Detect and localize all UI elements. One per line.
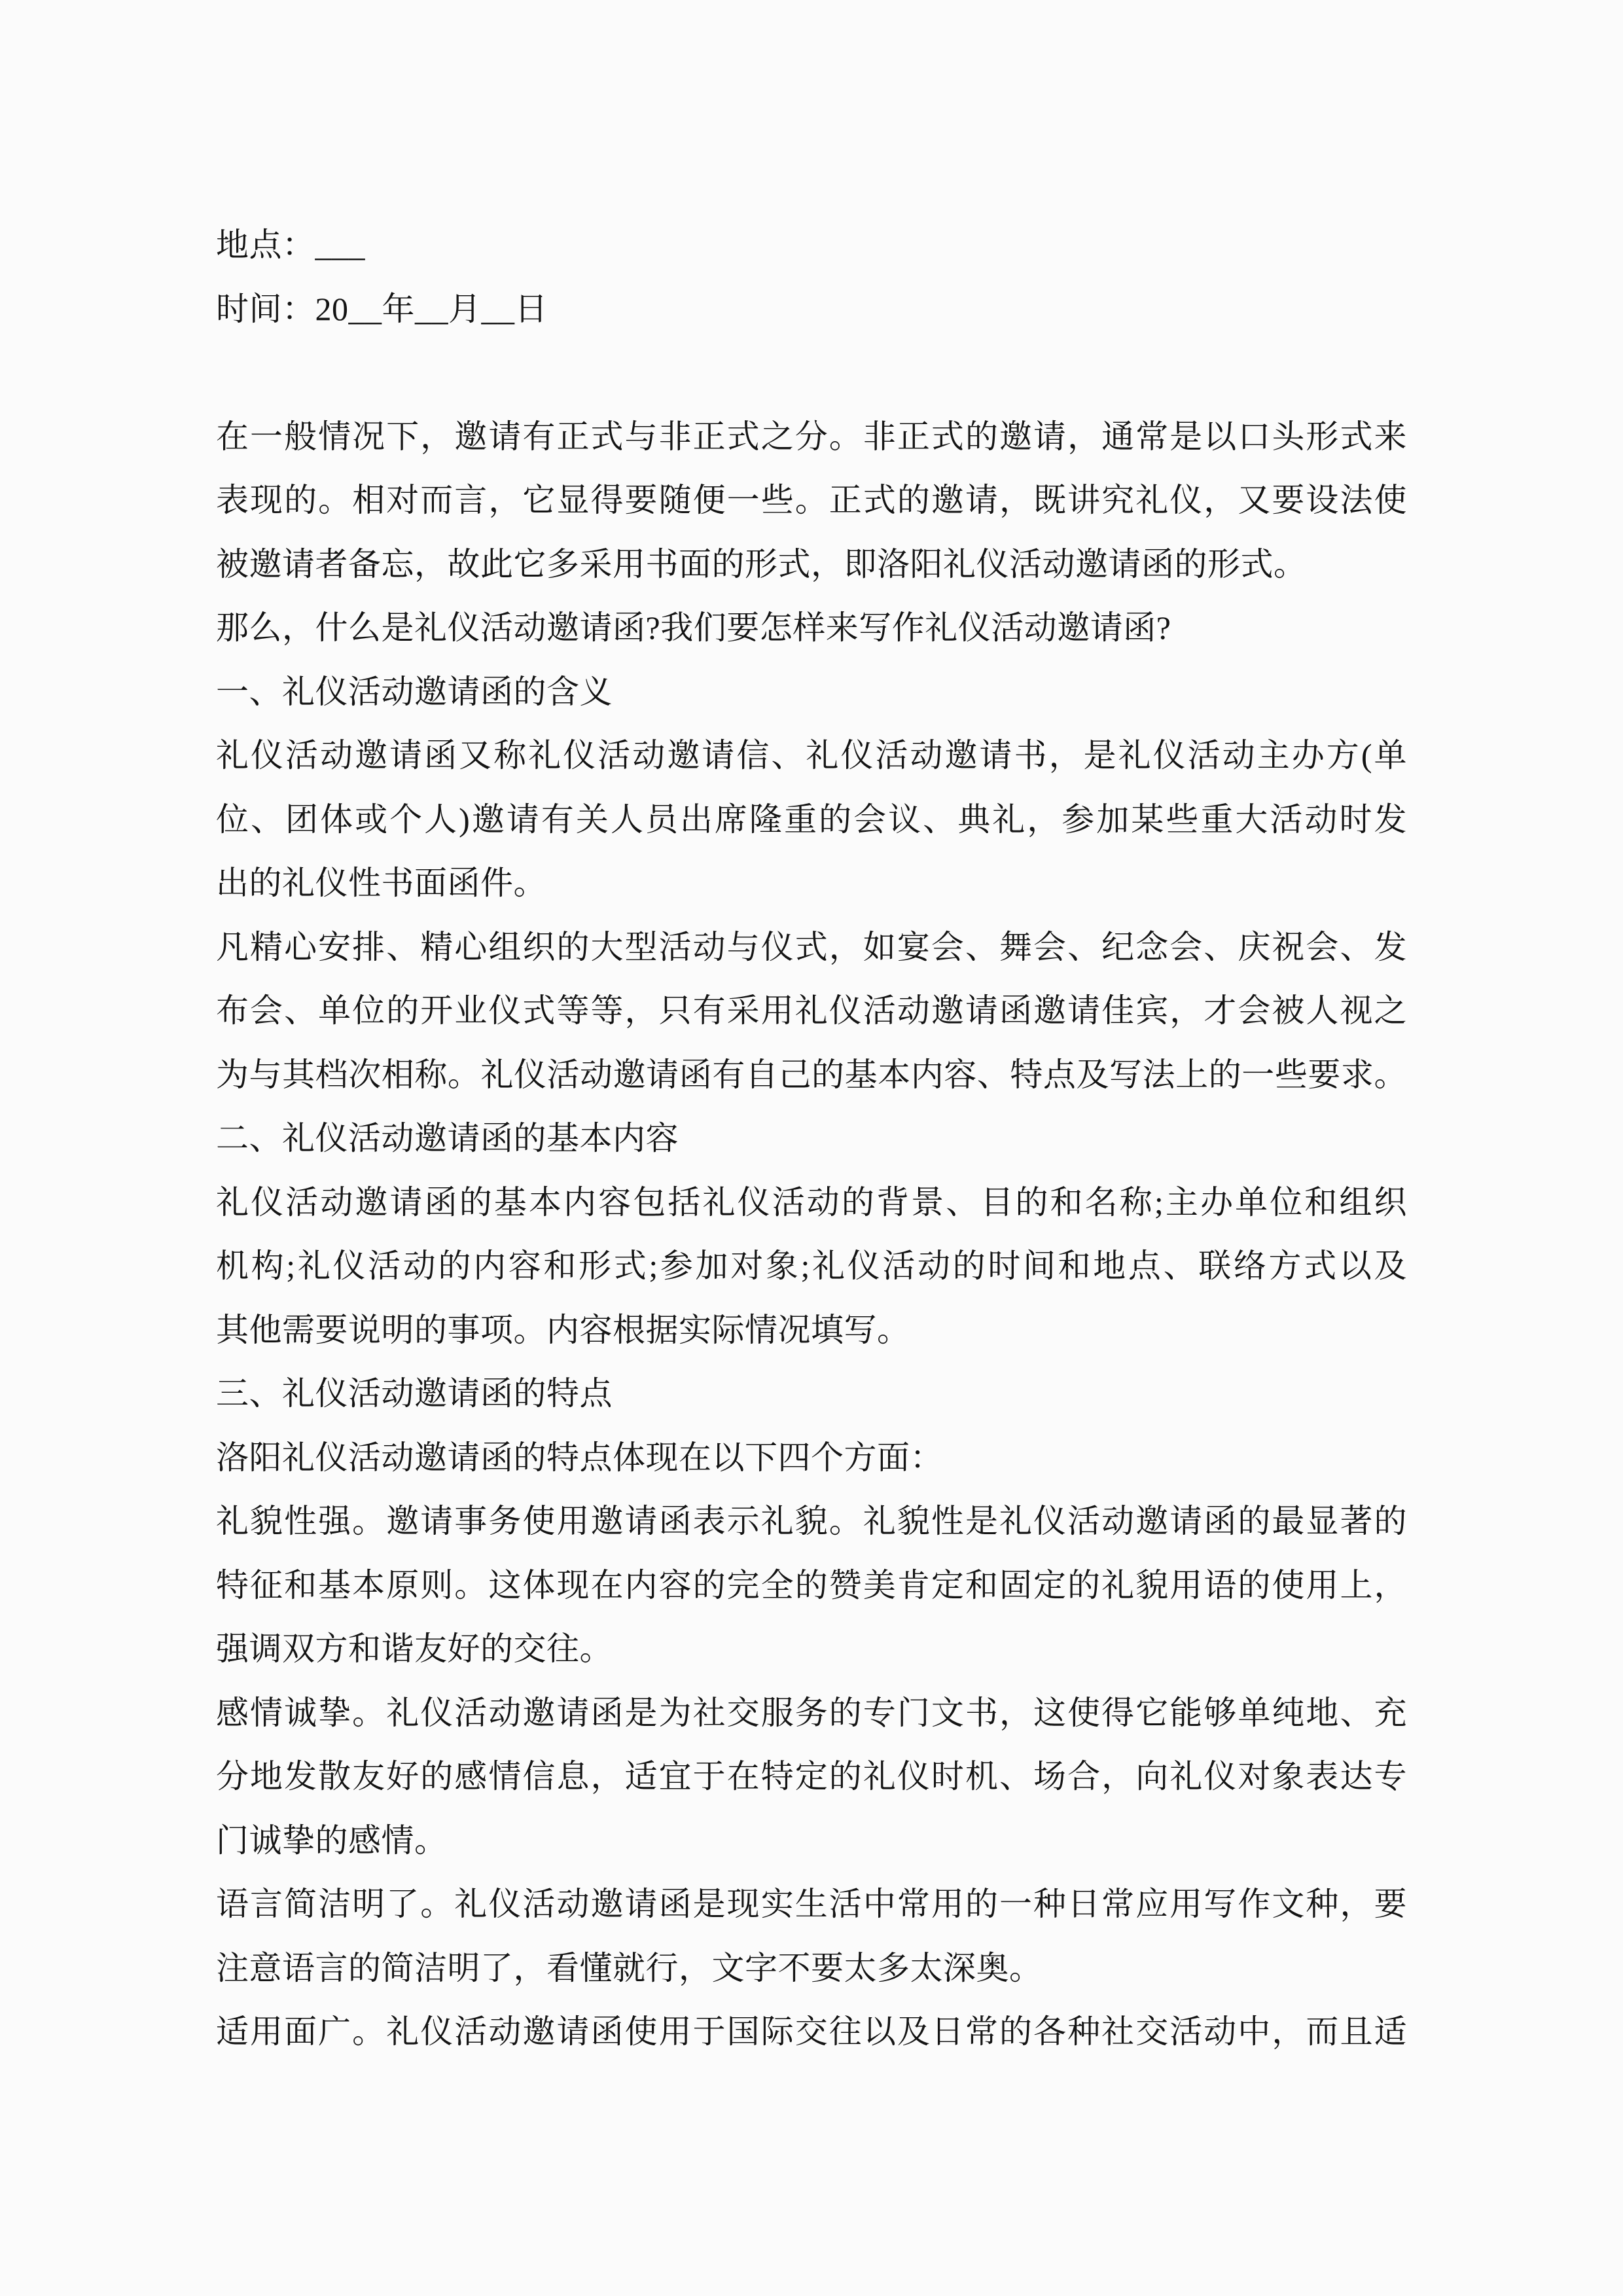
text-line: 被邀请者备忘，故此它多采用书面的形式，即洛阳礼仪活动邀请函的形式。 bbox=[216, 533, 1407, 597]
text-line: 时间：20__年__月__日 bbox=[216, 278, 1407, 342]
text-line: 为与其档次相称。礼仪活动邀请函有自己的基本内容、特点及写法上的一些要求。 bbox=[216, 1043, 1407, 1107]
text-line: 洛阳礼仪活动邀请函的特点体现在以下四个方面： bbox=[216, 1426, 1407, 1490]
text-line: 礼仪活动邀请函的基本内容包括礼仪活动的背景、目的和名称;主办单位和组织 bbox=[216, 1171, 1407, 1235]
text-line: 注意语言的简洁明了，看懂就行，文字不要太多太深奥。 bbox=[216, 1937, 1407, 2001]
text-line: 出的礼仪性书面函件。 bbox=[216, 852, 1407, 916]
text-line: 那么，什么是礼仪活动邀请函?我们要怎样来写作礼仪活动邀请函? bbox=[216, 596, 1407, 660]
text-line: 强调双方和谐友好的交往。 bbox=[216, 1617, 1407, 1681]
text-line: 在一般情况下，邀请有正式与非正式之分。非正式的邀请，通常是以口头形式来 bbox=[216, 405, 1407, 469]
text-line: 地点：___ bbox=[216, 213, 1407, 278]
text-line: 表现的。相对而言，它显得要随便一些。正式的邀请，既讲究礼仪，又要设法使 bbox=[216, 469, 1407, 533]
text-line: 三、礼仪活动邀请函的特点 bbox=[216, 1362, 1407, 1426]
text-line: 机构;礼仪活动的内容和形式;参加对象;礼仪活动的时间和地点、联络方式以及 bbox=[216, 1234, 1407, 1299]
text-line: 礼貌性强。邀请事务使用邀请函表示礼貌。礼貌性是礼仪活动邀请函的最显著的 bbox=[216, 1490, 1407, 1554]
text-line: 适用面广。礼仪活动邀请函使用于国际交往以及日常的各种社交活动中，而且适 bbox=[216, 2000, 1407, 2064]
text-line: 礼仪活动邀请函又称礼仪活动邀请信、礼仪活动邀请书，是礼仪活动主办方(单 bbox=[216, 724, 1407, 788]
text-line: 二、礼仪活动邀请函的基本内容 bbox=[216, 1107, 1407, 1171]
text-line: 位、团体或个人)邀请有关人员出席隆重的会议、典礼，参加某些重大活动时发 bbox=[216, 788, 1407, 852]
document-page: 地点：___时间：20__年__月__日在一般情况下，邀请有正式与非正式之分。非… bbox=[0, 0, 1623, 2296]
text-line: 凡精心安排、精心组织的大型活动与仪式，如宴会、舞会、纪念会、庆祝会、发 bbox=[216, 916, 1407, 980]
text-line: 语言简洁明了。礼仪活动邀请函是现实生活中常用的一种日常应用写作文种，要 bbox=[216, 1873, 1407, 1937]
text-line bbox=[216, 341, 1407, 405]
text-line: 其他需要说明的事项。内容根据实际情况填写。 bbox=[216, 1299, 1407, 1363]
page: { "colors": { "background": "#fbfbfb", "… bbox=[0, 0, 1623, 2296]
text-line: 特征和基本原则。这体现在内容的完全的赞美肯定和固定的礼貌用语的使用上， bbox=[216, 1554, 1407, 1618]
text-line: 布会、单位的开业仪式等等，只有采用礼仪活动邀请函邀请佳宾，才会被人视之 bbox=[216, 979, 1407, 1043]
text-line: 一、礼仪活动邀请函的含义 bbox=[216, 660, 1407, 725]
text-line: 分地发散友好的感情信息，适宜于在特定的礼仪时机、场合，向礼仪对象表达专 bbox=[216, 1745, 1407, 1809]
text-line: 感情诚挚。礼仪活动邀请函是为社交服务的专门文书，这使得它能够单纯地、充 bbox=[216, 1681, 1407, 1746]
text-line: 门诚挚的感情。 bbox=[216, 1809, 1407, 1873]
